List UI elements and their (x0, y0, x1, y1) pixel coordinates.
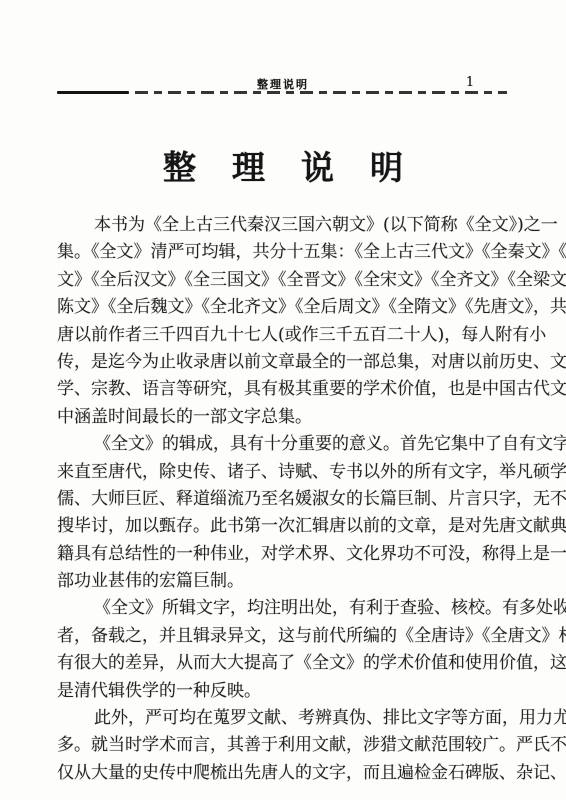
page-title: 整理说明 (0, 142, 566, 189)
running-header-title: 整理说明 (56, 76, 510, 92)
paragraph: 《全文》所辑文字，均注明出处，有利于查验、核校。有多处收录者，备载之，并且辑录异… (57, 595, 510, 705)
text-line: 唐以前作者三千四百九十七人(或作三千五百二十人)，每人附有小 (57, 322, 510, 349)
divider-solid-segment (57, 91, 129, 94)
text-line: 《全文》的辑成，具有十分重要的意义。首先它集中了自有文字以 (57, 431, 510, 458)
text-line: 传，是迄今为止收录唐以前文章最全的一部总集，对唐以前历史、文 (57, 349, 510, 376)
text-line: 搜毕讨，加以甄存。此书第一次汇辑唐以前的文章，是对先唐文献典 (57, 513, 510, 540)
text-line: 籍具有总结性的一种伟业，对学术界、文化界功不可没，称得上是一 (57, 541, 510, 568)
title-char: 理 (232, 142, 265, 189)
divider-dashed-segment (135, 91, 507, 94)
paragraph: 此外，严可均在蒐罗文献、考辨真伪、排比文字等方面，用力尤多。就当时学术而言，其善… (57, 705, 510, 787)
text-line: 本书为《全上古三代秦汉三国六朝文》(以下简称《全文》)之一 (57, 212, 510, 239)
text-line: 集。《全文》清严可均辑，共分十五集：《全上古三代文》《全秦文》《全汉 (57, 239, 510, 266)
text-line: 文》《全后汉文》《全三国文》《全晋文》《全宋文》《全齐文》《全梁文》《全 (57, 267, 510, 294)
text-line: 者，备载之，并且辑录异文，这与前代所编的《全唐诗》《全唐文》相比， (57, 623, 510, 650)
text-line: 中涵盖时间最长的一部文字总集。 (57, 404, 510, 431)
text-line: 陈文》《全后魏文》《全北齐文》《全后周文》《全隋文》《先唐文》，共收录 (57, 294, 510, 321)
page-number: 1 (460, 75, 480, 90)
text-line: 仅从大量的史传中爬梳出先唐人的文字，而且遍检金石碑版、杂记、 (57, 760, 510, 787)
text-line: 此外，严可均在蒐罗文献、考辨真伪、排比文字等方面，用力尤 (57, 705, 510, 732)
title-char: 说 (301, 142, 334, 189)
paragraph: 本书为《全上古三代秦汉三国六朝文》(以下简称《全文》)之一集。《全文》清严可均辑… (57, 212, 510, 431)
title-char: 明 (370, 142, 403, 189)
text-line: 《全文》所辑文字，均注明出处，有利于查验、核校。有多处收录 (57, 595, 510, 622)
title-char: 整 (163, 142, 196, 189)
text-line: 来直至唐代，除史传、诸子、诗赋、专书以外的所有文字，举凡硕学鸿 (57, 459, 510, 486)
header-divider (57, 91, 507, 94)
scanned-book-page: 整理说明 1 整理说明 本书为《全上古三代秦汉三国六朝文》(以下简称《全文》)之… (0, 0, 566, 800)
text-line: 多。就当时学术而言，其善于利用文献，涉猎文献范围较广。严氏不 (57, 732, 510, 759)
text-line: 学、宗教、语言等研究，具有极其重要的学术价值，也是中国古代文献 (57, 376, 510, 403)
text-line: 儒、大师巨匠、释道缁流乃至名媛淑女的长篇巨制、片言只字，无不旁 (57, 486, 510, 513)
text-line: 是清代辑佚学的一种反映。 (57, 678, 510, 705)
paragraph: 《全文》的辑成，具有十分重要的意义。首先它集中了自有文字以来直至唐代，除史传、诸… (57, 431, 510, 595)
text-line: 有很大的差异，从而大大提高了《全文》的学术价值和使用价值，这也 (57, 650, 510, 677)
body-text: 本书为《全上古三代秦汉三国六朝文》(以下简称《全文》)之一集。《全文》清严可均辑… (57, 212, 510, 787)
text-line: 部功业甚伟的宏篇巨制。 (57, 568, 510, 595)
